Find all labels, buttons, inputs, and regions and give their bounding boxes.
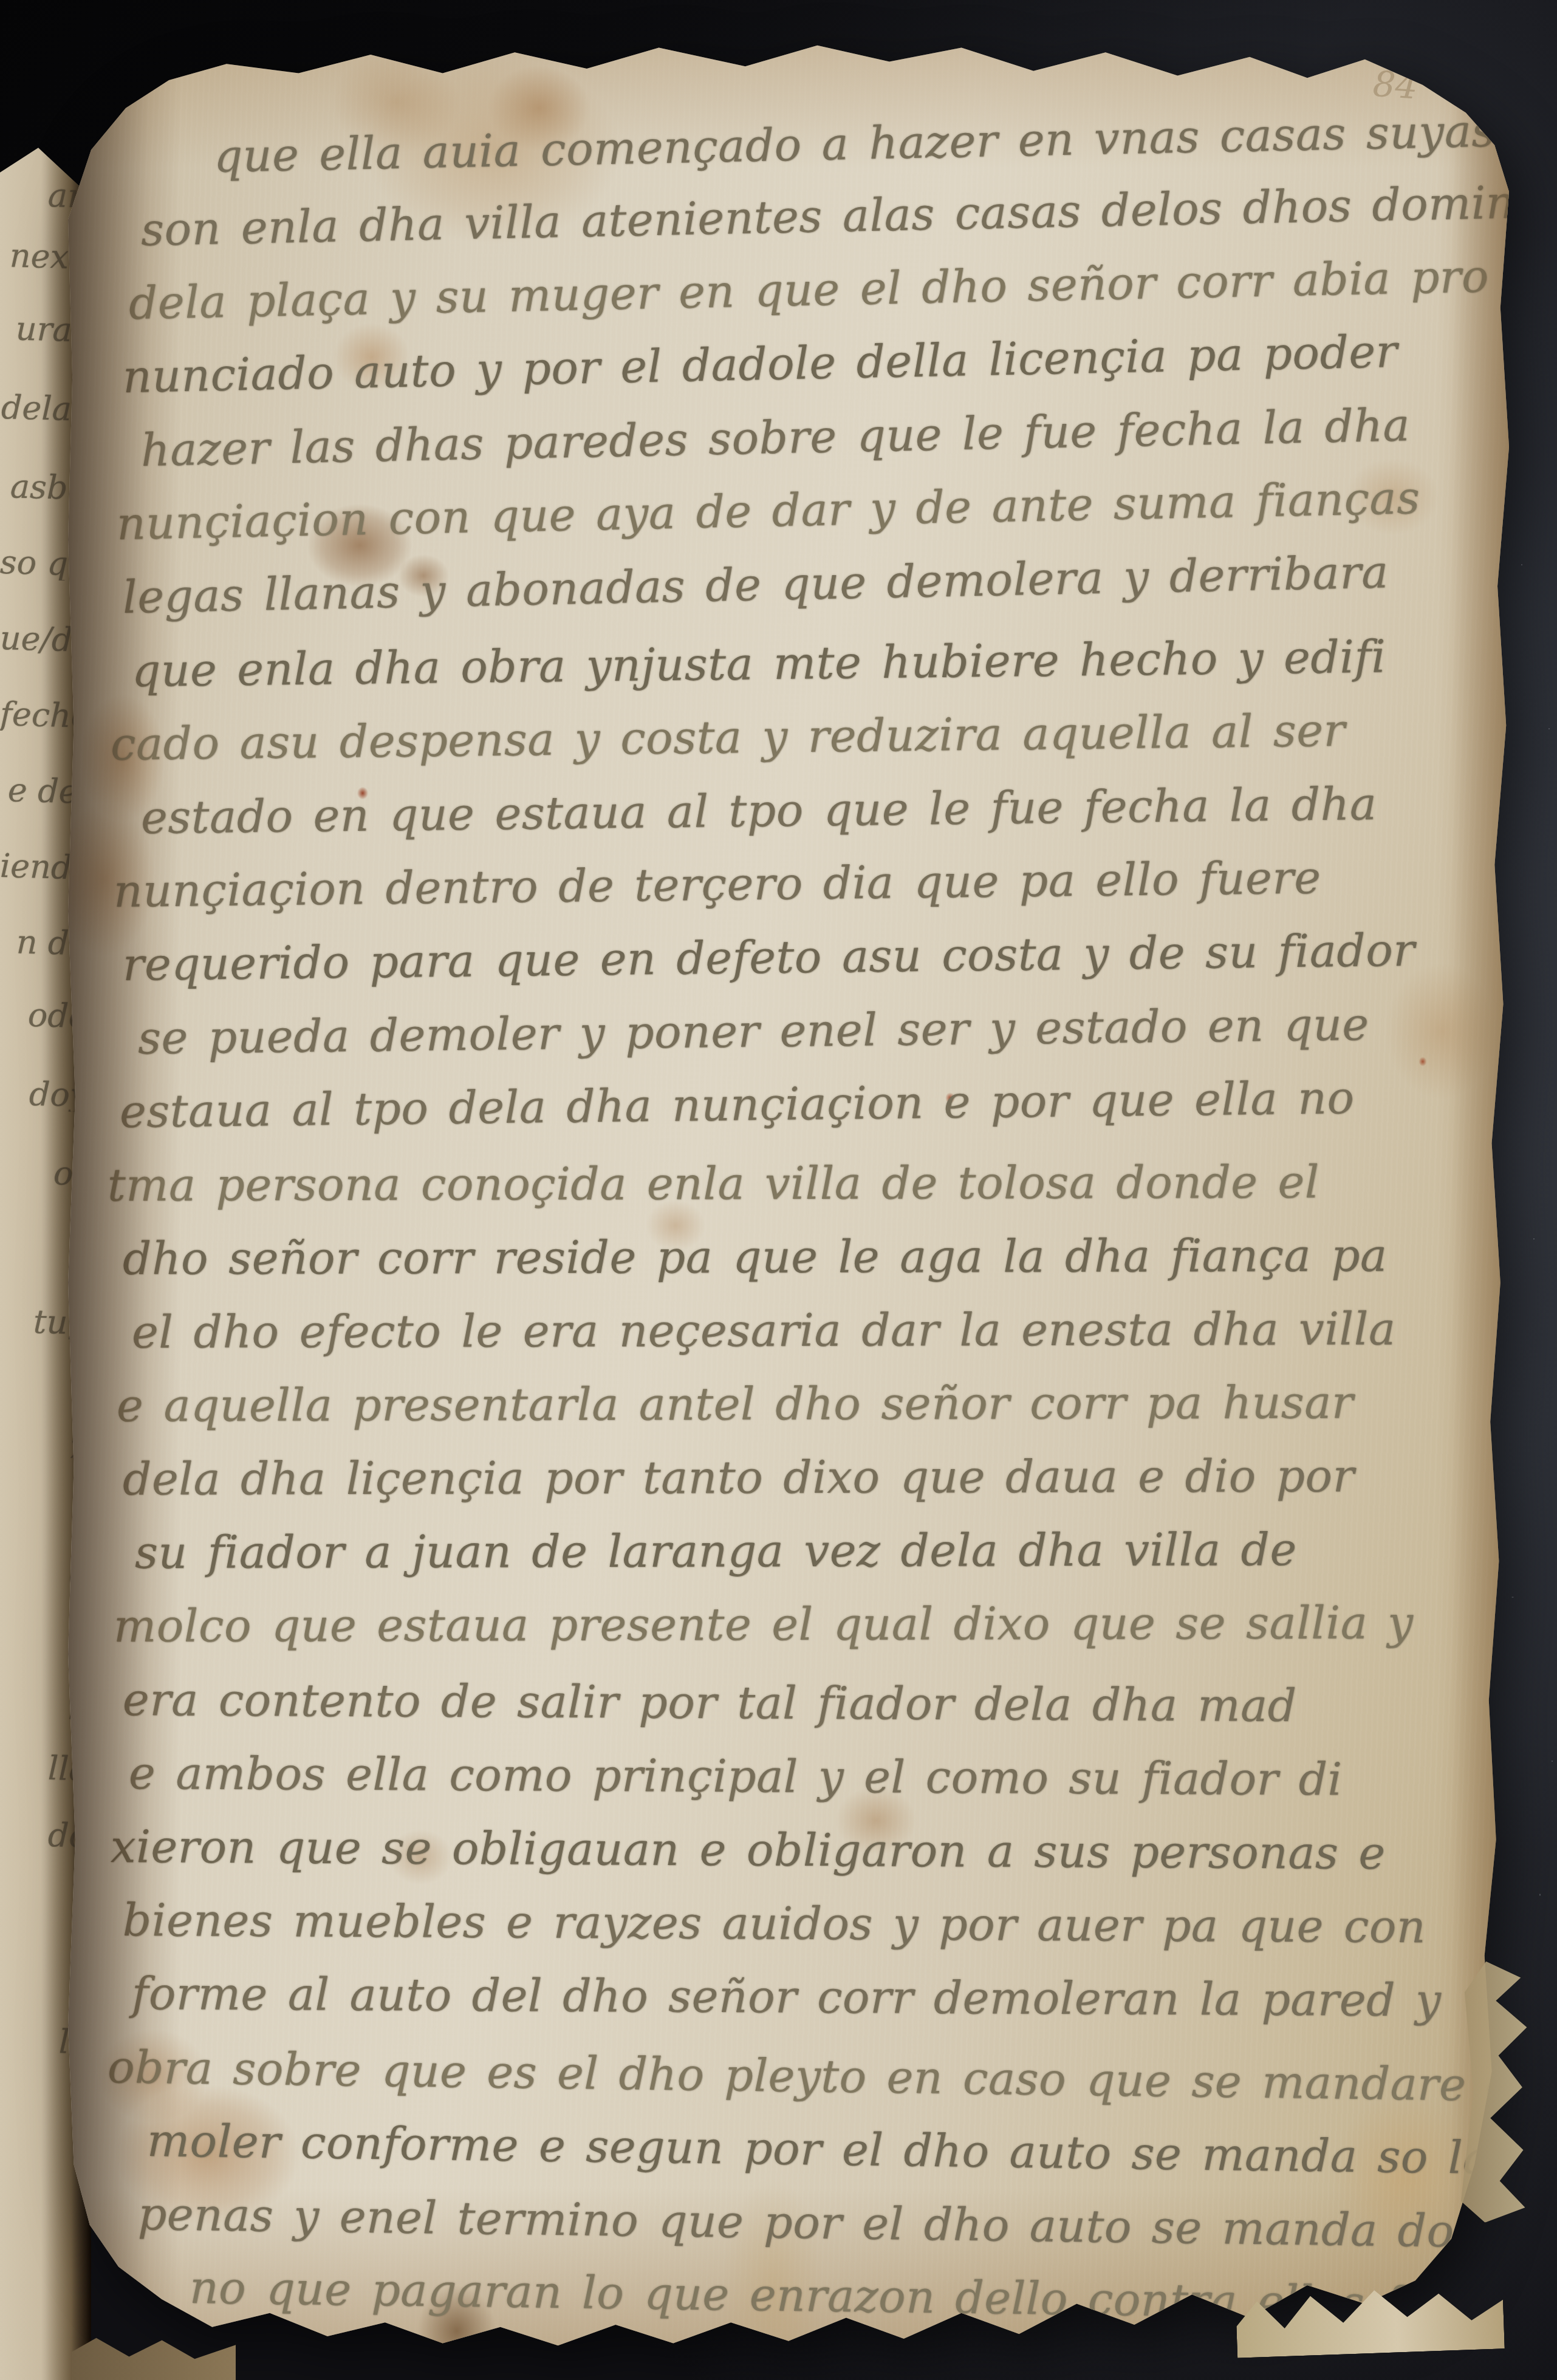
text-line: forme al auto del dho señor corr demoler… [132, 1957, 1478, 2038]
text-line: xieron que se obligauan e obligaron a su… [111, 1810, 1478, 1891]
text-line: estaua al tpo dela dha nunçiaçion e por … [119, 1060, 1477, 1149]
manuscript-text: que ella auia començado a hazer en vnas … [123, 120, 1477, 2325]
text-line: bienes muebles e rayzes auidos y por aue… [123, 1884, 1478, 1965]
text-line: dela dha liçençia por tanto dixo que dau… [123, 1439, 1477, 1516]
text-line: era contento de salir por tal fiador del… [123, 1663, 1478, 1744]
text-line: su fiador a juan de laranga vez dela dha… [135, 1513, 1477, 1590]
manuscript-page: 84 que ella auia començado a hazer en vn… [68, 29, 1509, 2350]
photo-backdrop: annexourasdelasasbuso queue/dhosfechoe d… [0, 0, 1557, 2380]
text-line: e aquella presentarla antel dho señor co… [117, 1366, 1477, 1443]
text-line: e ambos ella como prinçipal y el como su… [129, 1737, 1478, 1818]
text-line: dho señor corr reside pa que le aga la d… [123, 1219, 1477, 1296]
text-line: el dho efecto le era neçesaria dar la en… [132, 1292, 1477, 1369]
text-line: tma persona conoçida enla villa de tolos… [108, 1145, 1477, 1222]
text-line: molco que estaua presente el qual dixo q… [114, 1586, 1477, 1663]
manuscript-page-wrap: 84 que ella auia començado a hazer en vn… [68, 29, 1509, 2350]
